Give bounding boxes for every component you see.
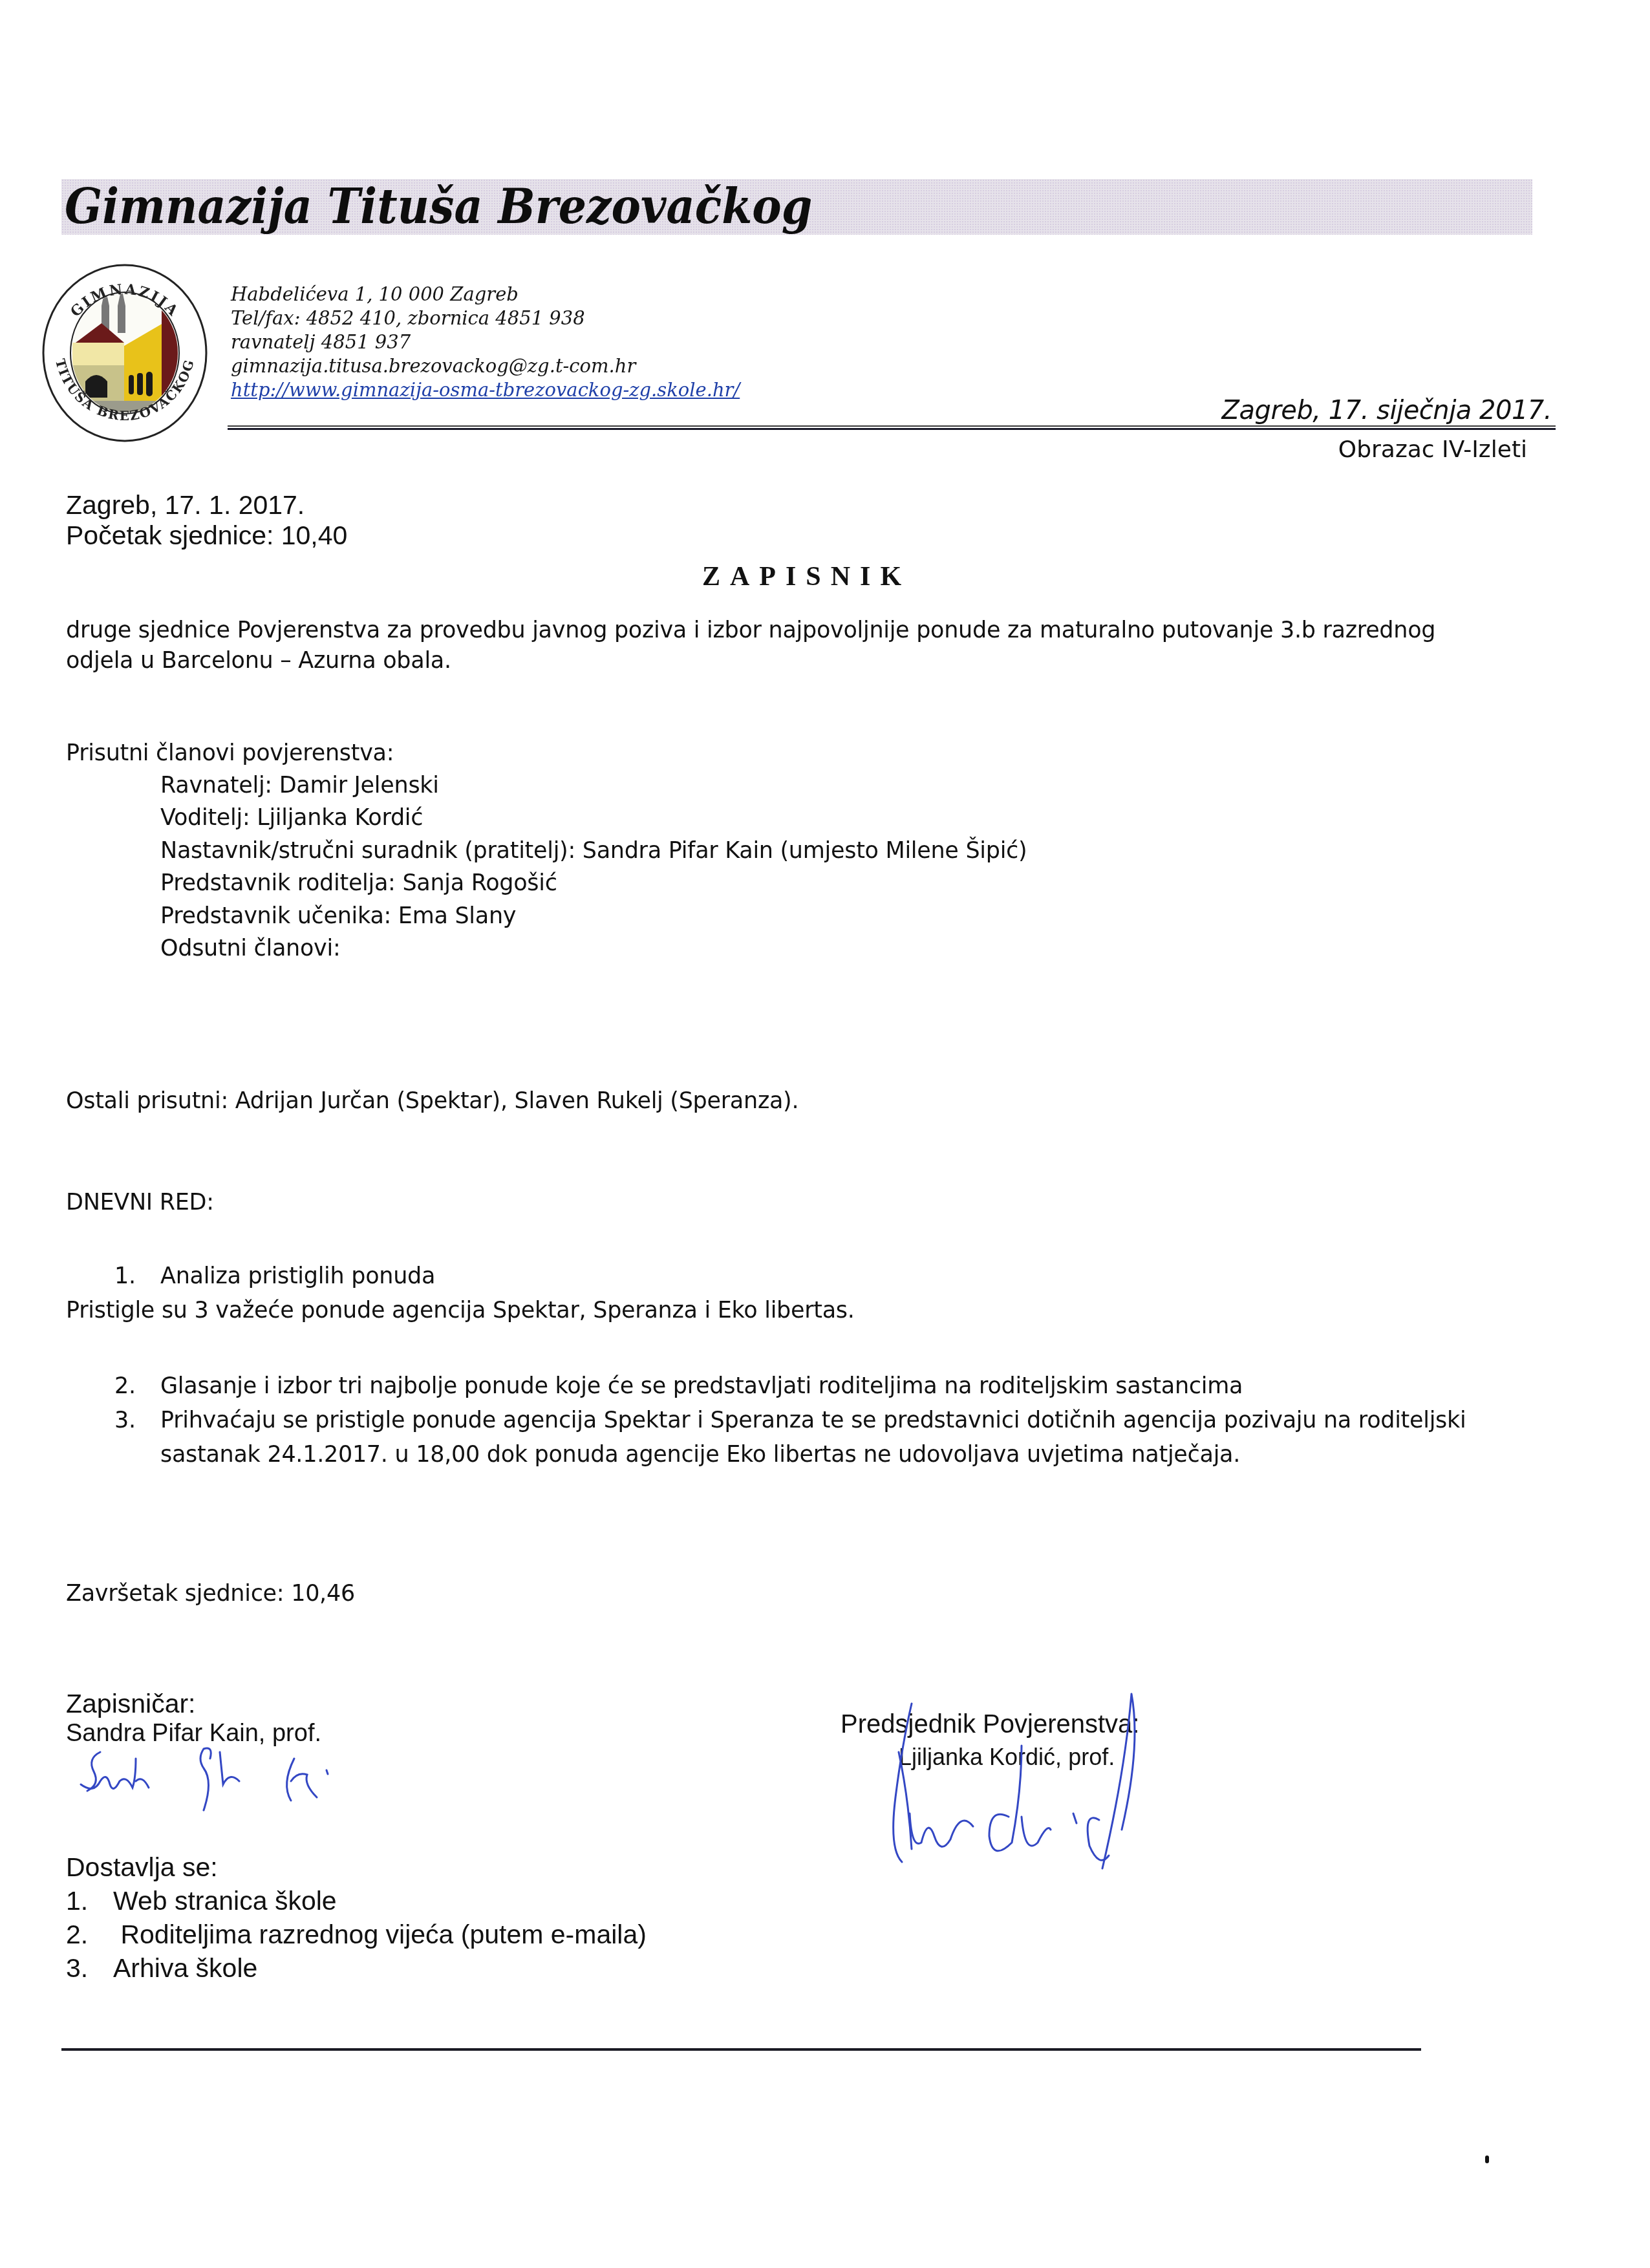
agenda-heading: DNEVNI RED: xyxy=(66,1190,214,1215)
start-time: Početak sjednice: 10,40 xyxy=(66,520,347,551)
distribution-heading: Dostavlja se: xyxy=(66,1852,218,1883)
school-crest-icon: GIMNAZIJA TITUŠA BREZOVAČKOG xyxy=(40,262,209,444)
agenda-item-continued: sastanak 24.1.2017. u 18,00 dok ponuda a… xyxy=(160,1442,1240,1468)
member-item: Predstavnik roditelja: Sanja Rogošić xyxy=(160,870,557,896)
school-name: Gimnazija Tituša Brezovačkog xyxy=(65,176,812,238)
agenda-item: Glasanje i izbor tri najbolje ponude koj… xyxy=(160,1373,1243,1399)
member-item: Voditelj: Ljiljanka Kordić xyxy=(160,805,423,831)
scan-speck xyxy=(1485,2156,1489,2163)
contact-director-phone: ravnatelj 4851 937 xyxy=(231,331,411,353)
contact-phone: Tel/fax: 4852 410, zbornica 4851 938 xyxy=(231,307,585,329)
distribution-item: Web stranica škole xyxy=(113,1886,337,1916)
members-heading: Prisutni članovi povjerenstva: xyxy=(66,740,394,766)
agenda-num: 1. xyxy=(114,1263,136,1289)
agenda-item: Prihvaćaju se pristigle ponude agencija … xyxy=(160,1407,1466,1433)
agenda-num: 3. xyxy=(114,1407,136,1433)
header-divider xyxy=(228,425,1556,430)
end-time: Završetak sjednice: 10,46 xyxy=(66,1581,355,1607)
member-item: Odsutni članovi: xyxy=(160,936,340,961)
member-item: Nastavnik/stručni suradnik (pratitelj): … xyxy=(160,838,1027,864)
agenda-note: Pristigle su 3 važeće ponude agencija Sp… xyxy=(66,1298,855,1323)
footer-divider xyxy=(61,2048,1421,2051)
distribution-num: 3. xyxy=(66,1953,88,1984)
document-title: ZAPISNIK xyxy=(702,561,911,592)
place-date: Zagreb, 17. 1. 2017. xyxy=(66,490,305,520)
member-item: Predstavnik učenika: Ema Slany xyxy=(160,903,516,929)
agenda-item: Analiza pristiglih ponuda xyxy=(160,1263,435,1289)
recorder-label: Zapisničar: xyxy=(66,1689,196,1719)
distribution-num: 2. xyxy=(66,1920,88,1950)
contact-address: Habdelićeva 1, 10 000 Zagreb xyxy=(231,283,519,305)
distribution-item: Roditeljima razrednog vijeća (putem e-ma… xyxy=(113,1920,647,1950)
distribution-num: 1. xyxy=(66,1886,88,1916)
member-item: Ravnatelj: Damir Jelenski xyxy=(160,773,439,798)
recorder-name: Sandra Pifar Kain, prof. xyxy=(66,1720,321,1748)
contact-email[interactable]: gimnazija.titusa.brezovackog@zg.t-com.hr xyxy=(231,355,636,377)
form-code: Obrazac IV-Izleti xyxy=(1338,436,1527,463)
agenda-num: 2. xyxy=(114,1373,136,1399)
others-present: Ostali prisutni: Adrijan Jurčan (Spektar… xyxy=(66,1088,798,1114)
intro-line-2: odjela u Barcelonu – Azurna obala. xyxy=(66,648,451,674)
contact-website-link[interactable]: http://www.gimnazija-osma-tbrezovackog-z… xyxy=(231,379,740,401)
letterhead-date: Zagreb, 17. siječnja 2017. xyxy=(1222,396,1552,425)
chair-signature xyxy=(876,1668,1238,1891)
intro-line-1: druge sjednice Povjerenstva za provedbu … xyxy=(66,617,1435,643)
recorder-signature xyxy=(74,1746,346,1826)
distribution-item: Arhiva škole xyxy=(113,1953,257,1984)
